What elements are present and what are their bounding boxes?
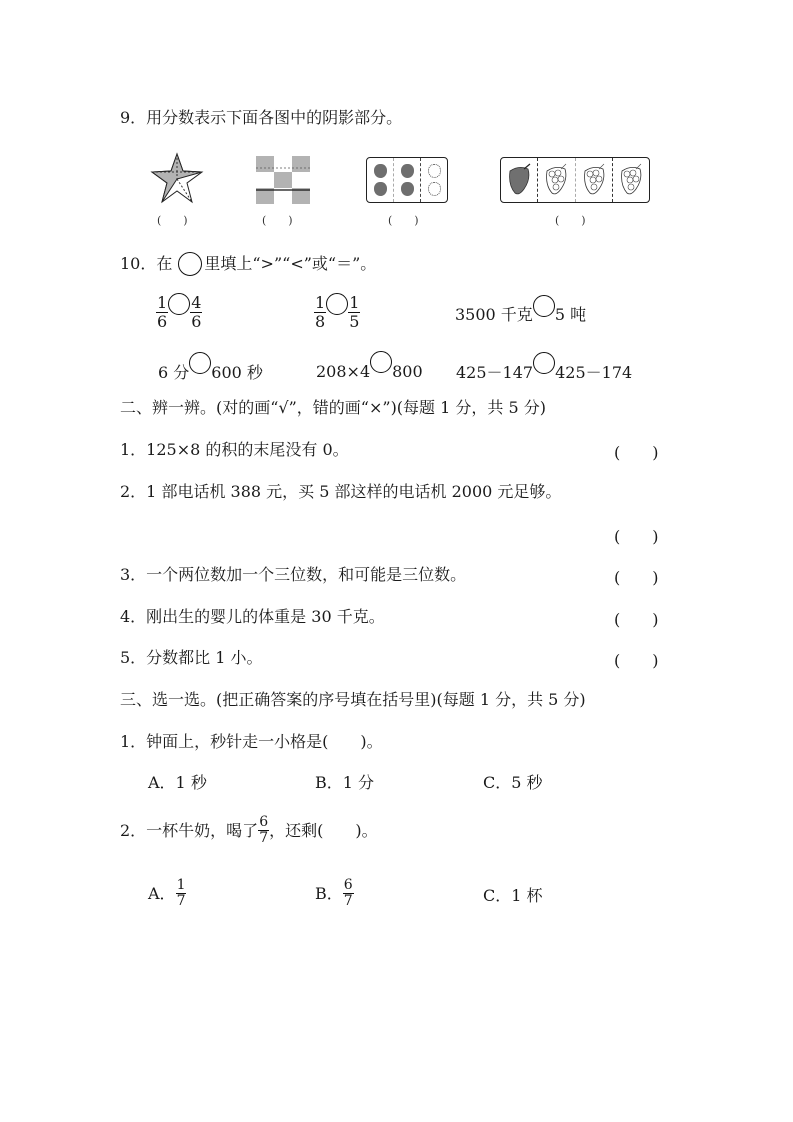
compare-left: 425－147: [456, 360, 533, 383]
grape-empty-icon: [543, 163, 569, 197]
fraction-denominator: 5: [349, 313, 359, 331]
answer-blank-grapes[interactable]: ( ): [555, 212, 586, 228]
strawberry-shaded-icon: [401, 164, 414, 178]
fraction-denominator: 6: [191, 313, 201, 331]
grape-shaded-icon: [506, 163, 532, 197]
choice-q2-option-b[interactable]: B． 67: [315, 878, 354, 909]
choice-q2-option-c[interactable]: C． 1 杯: [483, 886, 543, 906]
judge-answer-3[interactable]: ( ): [614, 565, 659, 588]
answer-blank-strawberries[interactable]: ( ): [388, 212, 419, 228]
answer-blank-squares[interactable]: ( ): [262, 212, 293, 228]
comparison-6: 425－147 425－174: [456, 360, 632, 383]
judge-answer-4[interactable]: ( ): [614, 607, 659, 630]
grapes-figure: [500, 157, 650, 203]
compare-right: 425－174: [555, 360, 632, 383]
section3-title: 三、选一选。(把正确答案的序号填在括号里)(每题 1 分，共 5 分): [120, 690, 586, 710]
option-label: A．: [148, 884, 176, 904]
fraction-denominator: 7: [177, 894, 186, 909]
q9-title: 9．用分数表示下面各图中的阴影部分。: [120, 108, 402, 128]
option-label: B．: [315, 884, 343, 904]
judge-item-3: 3．一个两位数加一个三位数，和可能是三位数。: [120, 565, 466, 585]
q10-title-suffix: 里填上“>”“<”或“＝”。: [204, 254, 376, 274]
compare-left: 208×4: [316, 362, 370, 381]
fraction-numerator: 6: [343, 878, 354, 894]
squares-figure: [256, 156, 310, 204]
judge-answer-1[interactable]: ( ): [614, 440, 659, 463]
choice-q2-option-a[interactable]: A． 17: [148, 878, 186, 909]
option-label: C．: [483, 886, 511, 906]
fraction-numerator: 1: [156, 294, 168, 313]
choice-q2-stem: 2．一杯牛奶，喝了 67 ，还剩( )。: [120, 815, 378, 846]
q10-title: 10．在 里填上“>”“<”或“＝”。: [120, 252, 376, 276]
comparison-1: 16 46: [156, 294, 202, 331]
comparison-3: 3500 千克 5 吨: [455, 302, 586, 325]
fraction-denominator: 7: [259, 831, 268, 846]
choice-q1-option-c[interactable]: C．5 秒: [483, 773, 543, 793]
choice-q2-stem-prefix: 2．一杯牛奶，喝了: [120, 821, 258, 841]
strawberry-shaded-icon: [374, 182, 387, 196]
strawberries-figure: [366, 157, 448, 203]
fraction-denominator: 7: [344, 894, 353, 909]
answer-blank-star[interactable]: ( ): [157, 212, 188, 228]
fraction-numerator: 1: [176, 878, 187, 894]
fraction-denominator: 6: [157, 313, 167, 331]
section2-title: 二、辨一辨。(对的画“√”，错的画“×”)(每题 1 分，共 5 分): [120, 398, 546, 418]
compare-circle-input[interactable]: [168, 293, 190, 315]
comparison-5: 208×4 800: [316, 360, 423, 382]
compare-circle-input[interactable]: [189, 352, 211, 374]
fraction-denominator: 8: [315, 313, 325, 331]
comparison-4: 6 分 600 秒: [158, 360, 263, 383]
judge-item-2: 2．1 部电话机 388 元，买 5 部这样的电话机 2000 元足够。: [120, 482, 561, 502]
judge-answer-2[interactable]: ( ): [614, 524, 659, 547]
compare-left: 3500 千克: [455, 302, 533, 325]
compare-circle-input[interactable]: [533, 295, 555, 317]
option-text: 1 杯: [511, 886, 542, 906]
strawberry-empty-icon: [428, 164, 441, 178]
judge-item-5: 5．分数都比 1 小。: [120, 648, 263, 668]
compare-left: 6 分: [158, 360, 189, 383]
judge-answer-5[interactable]: ( ): [614, 648, 659, 671]
compare-circle-input[interactable]: [533, 352, 555, 374]
choice-q1-option-b[interactable]: B．1 分: [315, 773, 374, 793]
star-figure: [150, 152, 204, 206]
compare-circle-input[interactable]: [326, 293, 348, 315]
fraction-numerator: 4: [190, 294, 202, 313]
fraction-numerator: 1: [314, 294, 326, 313]
judge-item-1: 1．125×8 的积的末尾没有 0。: [120, 440, 349, 460]
squares-icon: [256, 156, 310, 204]
compare-right: 600 秒: [211, 360, 263, 383]
choice-q1-option-a[interactable]: A．1 秒: [148, 773, 207, 793]
circle-example-icon: [178, 252, 202, 276]
strawberry-empty-icon: [428, 182, 441, 196]
strawberry-shaded-icon: [374, 164, 387, 178]
grape-empty-icon: [618, 163, 644, 197]
grape-empty-icon: [581, 163, 607, 197]
judge-item-4: 4．刚出生的婴儿的体重是 30 千克。: [120, 607, 385, 627]
compare-right: 800: [392, 362, 423, 381]
choice-q1-stem: 1．钟面上，秒针走一小格是( )。: [120, 732, 383, 752]
fraction-numerator: 1: [348, 294, 360, 313]
star-icon: [150, 152, 204, 206]
compare-circle-input[interactable]: [370, 351, 392, 373]
q10-title-prefix: 10．在: [120, 254, 172, 274]
choice-q2-stem-suffix: ，还剩( )。: [269, 821, 378, 841]
strawberry-shaded-icon: [401, 182, 414, 196]
comparison-2: 18 15: [314, 294, 360, 331]
fraction-numerator: 6: [258, 815, 269, 831]
compare-right: 5 吨: [555, 302, 586, 325]
